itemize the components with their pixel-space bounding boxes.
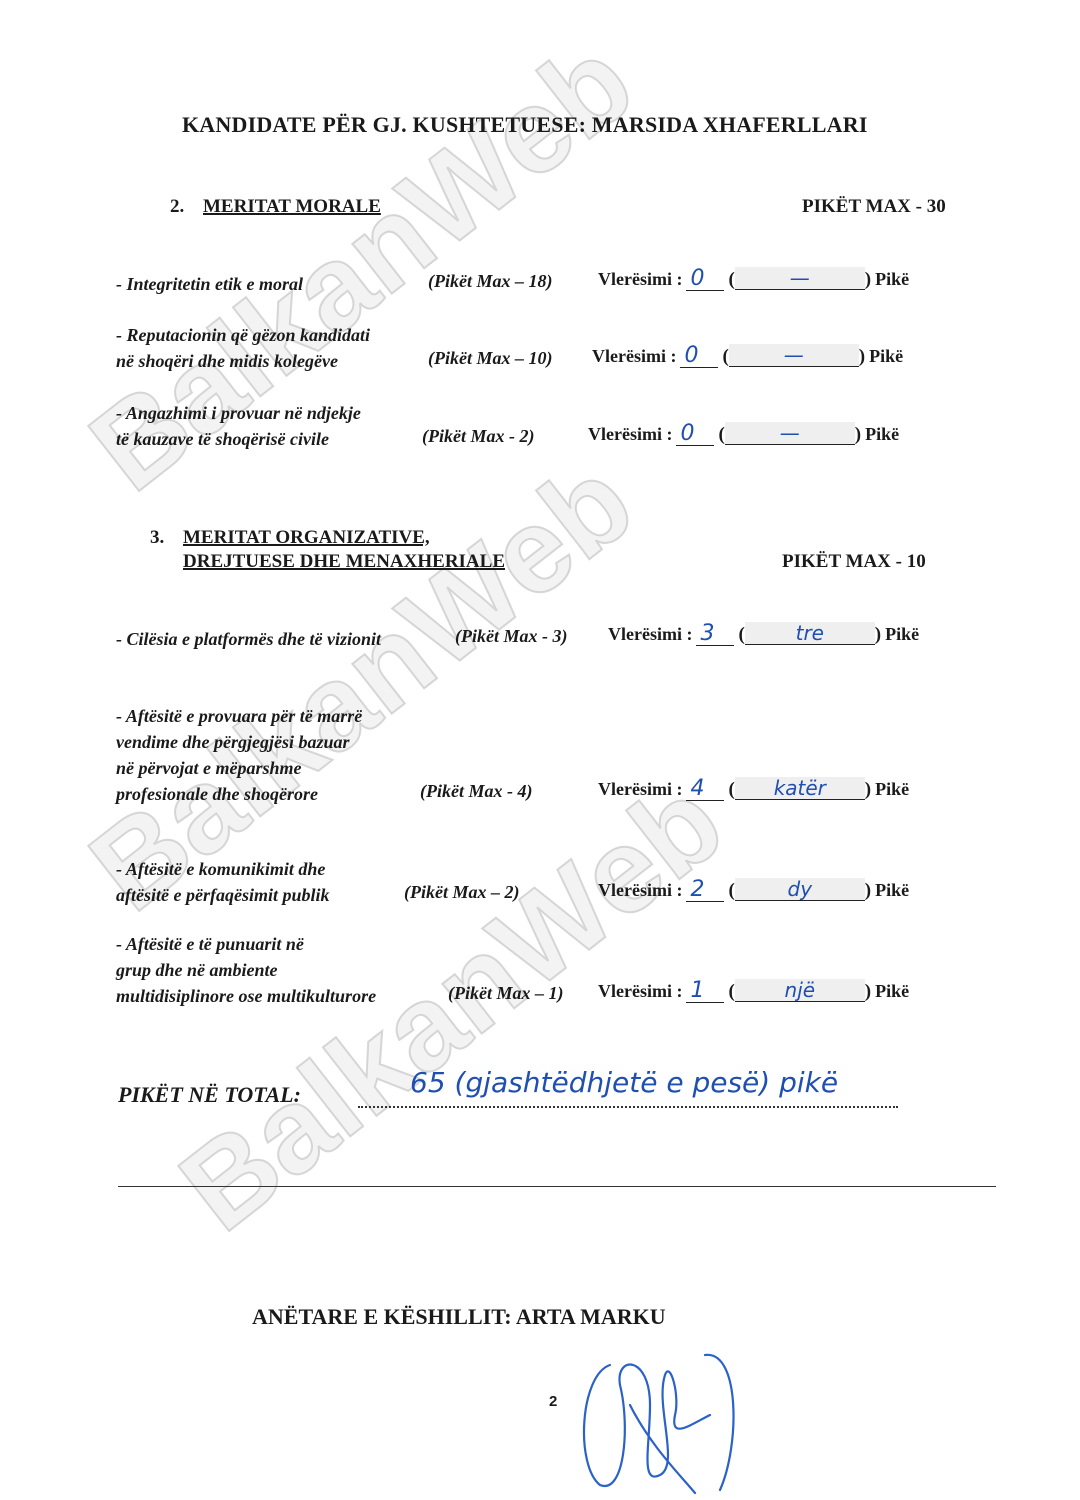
score-words: katër: [735, 777, 865, 800]
paren-close: ): [859, 346, 865, 367]
points-unit: Pikë: [875, 269, 909, 289]
points-unit: Pikë: [875, 981, 909, 1001]
criterion-label: profesionale dhe shoqërore: [116, 781, 318, 807]
criterion-label: - Aftësitë e komunikimit dhe: [116, 856, 325, 882]
section-number: 3.: [150, 527, 164, 549]
paren-close: ): [865, 779, 871, 800]
section-title: MERITAT MORALE: [203, 196, 381, 218]
evaluation-label: Vlerësimi :: [592, 346, 676, 366]
evaluation-field: Vlerësimi : 1 (një) Pikë: [598, 979, 909, 1003]
score-value: 2: [686, 879, 724, 902]
evaluation-field: Vlerësimi : 0 (—) Pikë: [598, 267, 909, 291]
criterion-label: - Integritetin etik e moral: [116, 271, 303, 297]
total-label: PIKËT NË TOTAL:: [118, 1082, 301, 1108]
criterion-label: - Aftësitë e të punuarit në: [116, 931, 304, 957]
criterion-max-points: (Pikët Max - 4): [420, 781, 532, 802]
evaluation-field: Vlerësimi : 0 (—) Pikë: [588, 422, 899, 446]
paren-close: ): [865, 880, 871, 901]
evaluation-label: Vlerësimi :: [598, 981, 682, 1001]
evaluation-field: Vlerësimi : 0 (—) Pikë: [592, 344, 903, 368]
points-unit: Pikë: [875, 880, 909, 900]
criterion-label: - Reputacionin që gëzon kandidati: [116, 322, 370, 348]
criterion-max-points: (Pikët Max – 2): [404, 882, 519, 903]
criterion-label: multidisiplinore ose multikulturore: [116, 983, 376, 1009]
section-title-line: DREJTUESE DHE MENAXHERIALE: [183, 551, 505, 573]
criterion-label: - Angazhimi i provuar në ndjekje: [116, 400, 361, 426]
criterion-label: aftësitë e përfaqësimit publik: [116, 882, 329, 908]
score-value: 0: [676, 423, 714, 446]
page-number: 2: [549, 1393, 557, 1410]
criterion-label: - Cilësia e platformës dhe të vizionit: [116, 626, 381, 652]
criterion-max-points: (Pikët Max – 10): [428, 348, 552, 369]
evaluation-field: Vlerësimi : 3 (tre) Pikë: [608, 622, 919, 646]
section-max-points: PIKËT MAX - 10: [782, 551, 926, 573]
page-title: KANDIDATE PËR GJ. KUSHTETUESE: MARSIDA X…: [182, 112, 868, 138]
points-unit: Pikë: [875, 779, 909, 799]
score-value: 1: [686, 980, 724, 1003]
points-unit: Pikë: [869, 346, 903, 366]
total-value: 65 (gjashtëdhjetë e pesë) pikë: [410, 1066, 838, 1099]
section-max-points: PIKËT MAX - 30: [802, 196, 946, 218]
criterion-max-points: (Pikët Max - 3): [455, 626, 567, 647]
section-number: 2.: [170, 196, 184, 218]
score-value: 0: [686, 268, 724, 291]
paren-close: ): [855, 424, 861, 445]
criterion-label: në përvojat e mëparshme: [116, 755, 301, 781]
score-value: 0: [680, 345, 718, 368]
criterion-max-points: (Pikët Max - 2): [422, 426, 534, 447]
score-words: —: [729, 344, 859, 367]
score-words: —: [725, 422, 855, 445]
points-unit: Pikë: [865, 424, 899, 444]
evaluation-field: Vlerësimi : 4 (katër) Pikë: [598, 777, 909, 801]
criterion-label: vendime dhe përgjegjësi bazuar: [116, 729, 349, 755]
council-member: ANËTARE E KËSHILLIT: ARTA MARKU: [252, 1304, 666, 1330]
score-words: tre: [745, 622, 875, 645]
evaluation-label: Vlerësimi :: [598, 269, 682, 289]
criterion-max-points: (Pikët Max – 1): [448, 983, 563, 1004]
criterion-label: - Aftësitë e provuara për të marrë: [116, 703, 362, 729]
evaluation-label: Vlerësimi :: [598, 880, 682, 900]
evaluation-label: Vlerësimi :: [598, 779, 682, 799]
paren-close: ): [875, 624, 881, 645]
score-words: një: [735, 979, 865, 1002]
criterion-max-points: (Pikët Max – 18): [428, 271, 552, 292]
criterion-label: në shoqëri dhe midis kolegëve: [116, 348, 338, 374]
paren-close: ): [865, 269, 871, 290]
score-words: dy: [735, 878, 865, 901]
total-dotted-line: [358, 1106, 898, 1108]
section-title-line: MERITAT ORGANIZATIVE,: [183, 527, 430, 549]
criterion-label: grup dhe në ambiente: [116, 957, 278, 983]
evaluation-label: Vlerësimi :: [608, 624, 692, 644]
points-unit: Pikë: [885, 624, 919, 644]
score-value: 4: [686, 778, 724, 801]
paren-close: ): [865, 981, 871, 1002]
score-value: 3: [696, 623, 734, 646]
evaluation-field: Vlerësimi : 2 (dy) Pikë: [598, 878, 909, 902]
divider: [118, 1186, 996, 1187]
signature-icon: [570, 1345, 750, 1495]
evaluation-label: Vlerësimi :: [588, 424, 672, 444]
criterion-label: të kauzave të shoqërisë civile: [116, 426, 329, 452]
score-words: —: [735, 267, 865, 290]
